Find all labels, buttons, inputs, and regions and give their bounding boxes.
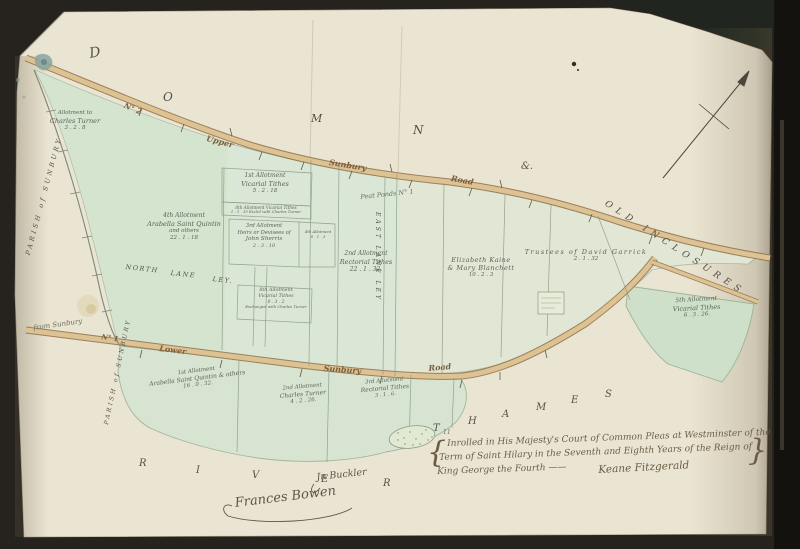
map-drawing xyxy=(0,0,800,549)
page-edge-shadow-right xyxy=(774,0,800,549)
small-map-box xyxy=(538,292,564,314)
next-page-edge xyxy=(780,120,784,450)
scanned-map-photograph: DOMN&.OLD INCLOSURESPARISH of SUNBURYPAR… xyxy=(0,0,800,549)
left-edge-shade xyxy=(15,56,49,537)
